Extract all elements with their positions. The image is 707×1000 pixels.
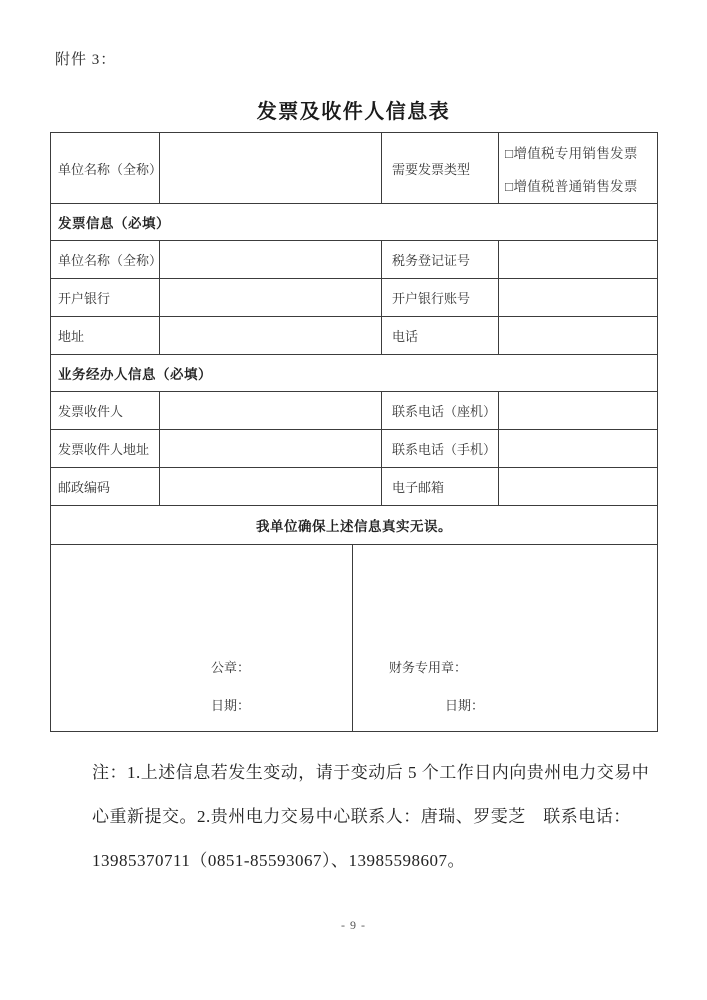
row-label: 开户银行 [58,288,110,307]
input-cell [499,317,657,354]
input-cell [160,392,382,429]
input-cell [499,468,657,505]
company-seal-date-label: 日期： [211,685,352,723]
input-cell [499,279,657,316]
section-header-invoice-info: 发票信息（必填） [51,204,657,241]
finance-seal-label: 财务专用章： [389,647,657,685]
confirmation-text: 我单位确保上述信息真实无误。 [51,506,657,544]
input-cell [499,392,657,429]
input-cell [160,317,382,354]
input-cell [160,241,382,278]
input-cell [160,430,382,467]
input-cell [499,430,657,467]
row-label2: 开户银行账号 [392,288,470,307]
row-label2: 电话 [392,326,418,345]
company-seal-label: 公章： [211,647,352,685]
row-label: 单位名称（全称） [58,250,159,269]
note-line-3: 13985370711（0851-85593067）、13985598607。 [92,839,652,883]
row-label2: 联系电话（手机） [392,439,496,458]
input-cell [160,468,382,505]
checkbox-option-vat-special: □增值税专用销售发票 [505,142,638,162]
stamp-row: 公章： 日期： 财务专用章： 日期： [51,545,657,731]
page-title: 发票及收件人信息表 [0,95,707,124]
table-row-recipient-landline: 发票收件人 联系电话（座机） [51,392,657,430]
table-row-postcode-email: 邮政编码 电子邮箱 [51,468,657,506]
finance-seal-cell: 财务专用章： 日期： [353,545,657,731]
company-name-input-cell [160,133,382,203]
input-cell [499,241,657,278]
company-seal-cell: 公章： 日期： [51,545,353,731]
input-cell [160,279,382,316]
table-row-company-tax: 单位名称（全称） 税务登记证号 [51,241,657,279]
attachment-label: 附件 3： [55,48,116,69]
confirmation-row: 我单位确保上述信息真实无误。 [51,506,657,545]
note-line-2: 心重新提交。2.贵州电力交易中心联系人：唐瑞、罗雯芝 联系电话： [92,795,652,839]
row-label: 邮政编码 [58,477,110,496]
section-header-handler-info: 业务经办人信息（必填） [51,355,657,392]
checkbox-option-vat-ordinary: □增值税普通销售发票 [505,175,638,195]
company-name-label: 单位名称（全称） [58,159,159,178]
invoice-type-options-cell: □增值税专用销售发票 □增值税普通销售发票 [499,133,657,203]
handler-info-section-title: 业务经办人信息（必填） [51,355,657,391]
page-number: - 9 - [0,918,707,933]
table-row-recipient-address-mobile: 发票收件人地址 联系电话（手机） [51,430,657,468]
table-row-bank-account: 开户银行 开户银行账号 [51,279,657,317]
invoice-info-section-title: 发票信息（必填） [51,204,657,240]
finance-seal-date-label: 日期： [445,685,657,723]
row-label2: 税务登记证号 [392,250,470,269]
table-row-address-phone: 地址 电话 [51,317,657,355]
cell-invoice-type-label: 需要发票类型 [382,133,499,203]
row-label: 地址 [58,326,84,345]
footer-note: 注：1.上述信息若发生变动，请于变动后 5 个工作日内向贵州电力交易中 心重新提… [92,751,652,883]
cell-company-name-label: 单位名称（全称） [51,133,160,203]
row-label2: 联系电话（座机） [392,401,496,420]
row-label2: 电子邮箱 [392,477,444,496]
row-label: 发票收件人 [58,401,123,420]
invoice-type-label: 需要发票类型 [392,159,470,178]
invoice-info-table: 单位名称（全称） 需要发票类型 □增值税专用销售发票 □增值税普通销售发票 发票… [50,132,658,732]
row-label: 发票收件人地址 [58,439,149,458]
note-line-1: 注：1.上述信息若发生变动，请于变动后 5 个工作日内向贵州电力交易中 [92,751,652,795]
table-row-company-invoice-type: 单位名称（全称） 需要发票类型 □增值税专用销售发票 □增值税普通销售发票 [51,133,657,204]
